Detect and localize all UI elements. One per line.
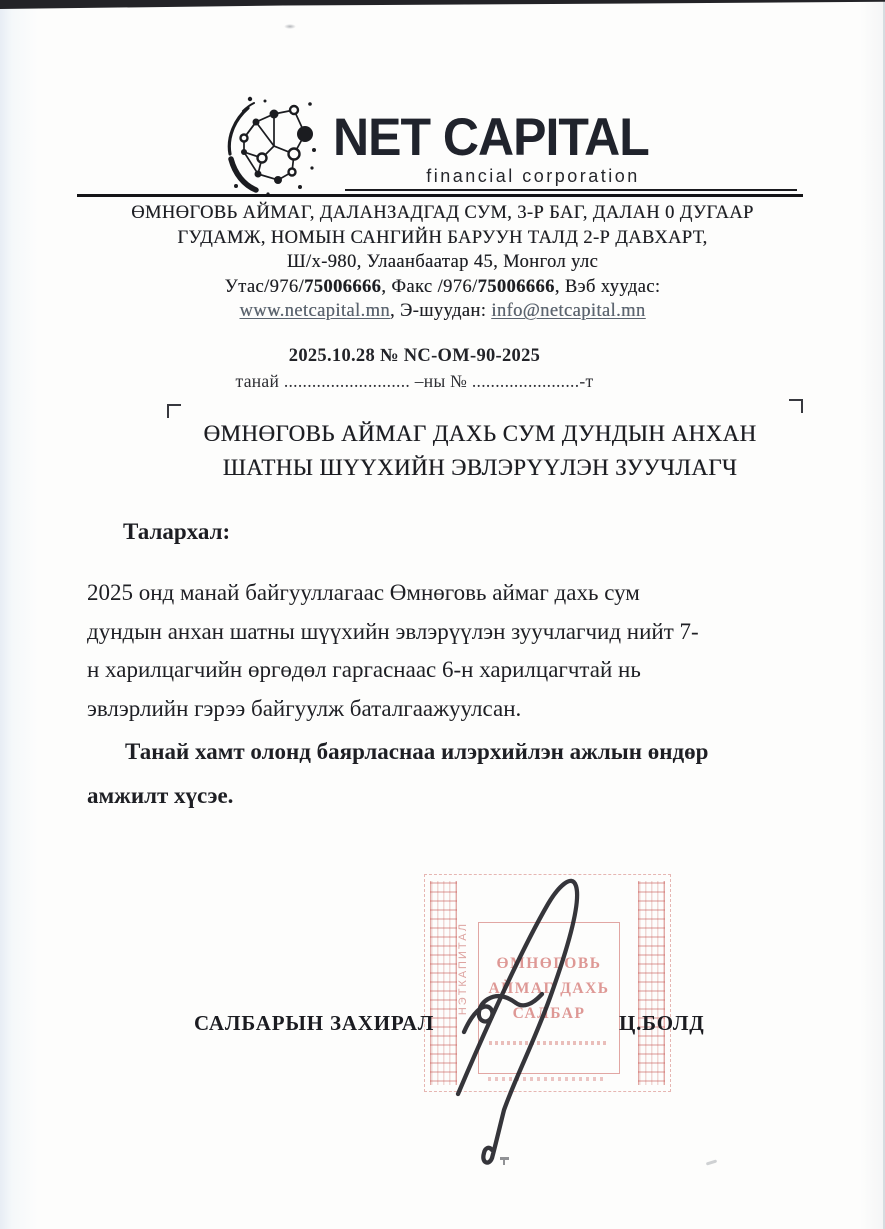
address-line: Ш/х-980, Улаанбаатар 45, Монгол улс (0, 250, 885, 275)
text-segment: , Э-шуудан: (390, 301, 491, 321)
scan-edge-artifact (0, 0, 885, 11)
body-line: 2025 онд манай байгууллагаас Өмнөговь ай… (87, 580, 827, 619)
body-line: эвлэрлийн гэрээ байгуулж баталгаажуулсан… (87, 696, 827, 735)
address-line: ӨМНӨГОВЬ АЙМАГ, ДАЛАНЗАДГАД СУМ, 3-Р БАГ… (0, 201, 885, 226)
letterhead-rule-main (77, 194, 803, 197)
body-line: н харилцагчийн өргөдөл гаргаснаас 6-н ха… (87, 657, 827, 696)
recipient-fill-line: танай ........................... –ны № … (0, 371, 857, 392)
text-segment: , Вэб хуудас: (555, 277, 661, 297)
letterhead-rule-short (345, 189, 797, 191)
handwritten-signature (420, 842, 640, 1182)
brand-name: NET CAPITAL (333, 107, 649, 168)
addressee-line: ӨМНӨГОВЬ АЙМАГ ДАХЬ СУМ ДУНДЫН АНХАН (150, 417, 810, 451)
closing-paragraph: Танай хамт олонд баярласнаа илэрхийлэн а… (87, 739, 827, 827)
stamp-meander-right (638, 881, 665, 1085)
closing-line: Танай хамт олонд баярласнаа илэрхийлэн а… (87, 739, 827, 783)
addressee-title: ӨМНӨГОВЬ АЙМАГ ДАХЬ СУМ ДУНДЫН АНХАН ШАТ… (150, 417, 810, 484)
ink-speck (706, 1159, 717, 1165)
text-segment: 75006666 (304, 277, 381, 297)
crop-mark-left (167, 404, 181, 418)
contact-line: Утас/976/75006666, Факс /976/75006666, В… (0, 275, 885, 300)
scan-smudge (284, 24, 296, 29)
crop-mark-right (789, 399, 803, 413)
network-globe-icon (221, 95, 321, 197)
body-line: дундын анхан шатны шүүхийн эвлэрүүлэн зу… (87, 619, 827, 658)
scanned-letter-page: NET CAPITAL financial corporation ӨМНӨГО… (0, 0, 885, 1229)
hyperlink[interactable]: www.netcapital.mn (240, 301, 390, 321)
salutation: Талархал: (123, 519, 230, 545)
reference-number: 2025.10.28 № NC-OM-90-2025 (0, 346, 857, 367)
text-segment: 75006666 (478, 277, 555, 297)
hyperlink[interactable]: info@netcapital.mn (491, 301, 645, 321)
reference-block: 2025.10.28 № NC-OM-90-2025 танай .......… (0, 346, 857, 392)
text-segment: Утас/976/ (225, 277, 304, 297)
text-segment: , Факс /976/ (381, 277, 477, 297)
closing-line: амжилт хүсэе. (87, 783, 827, 827)
address-line: ГУДАМЖ, НОМЫН САНГИЙН БАРУУН ТАЛД 2-Р ДА… (0, 226, 885, 251)
brand-tagline: financial corporation (398, 166, 668, 187)
ink-speck (500, 1157, 509, 1160)
letterhead-address: ӨМНӨГОВЬ АЙМАГ, ДАЛАНЗАДГАД СУМ, 3-Р БАГ… (0, 201, 885, 324)
addressee-line: ШАТНЫ ШҮҮХИЙН ЭВЛЭРҮҮЛЭН ЗУУЧЛАГЧ (150, 451, 810, 485)
signer-position: САЛБАРЫН ЗАХИРАЛ (194, 1011, 434, 1036)
signer-name: Ц.БОЛД (619, 1011, 705, 1036)
body-paragraph: 2025 онд манай байгууллагаас Өмнөговь ай… (87, 580, 827, 734)
web-email-line: www.netcapital.mn, Э-шуудан: info@netcap… (0, 299, 885, 324)
